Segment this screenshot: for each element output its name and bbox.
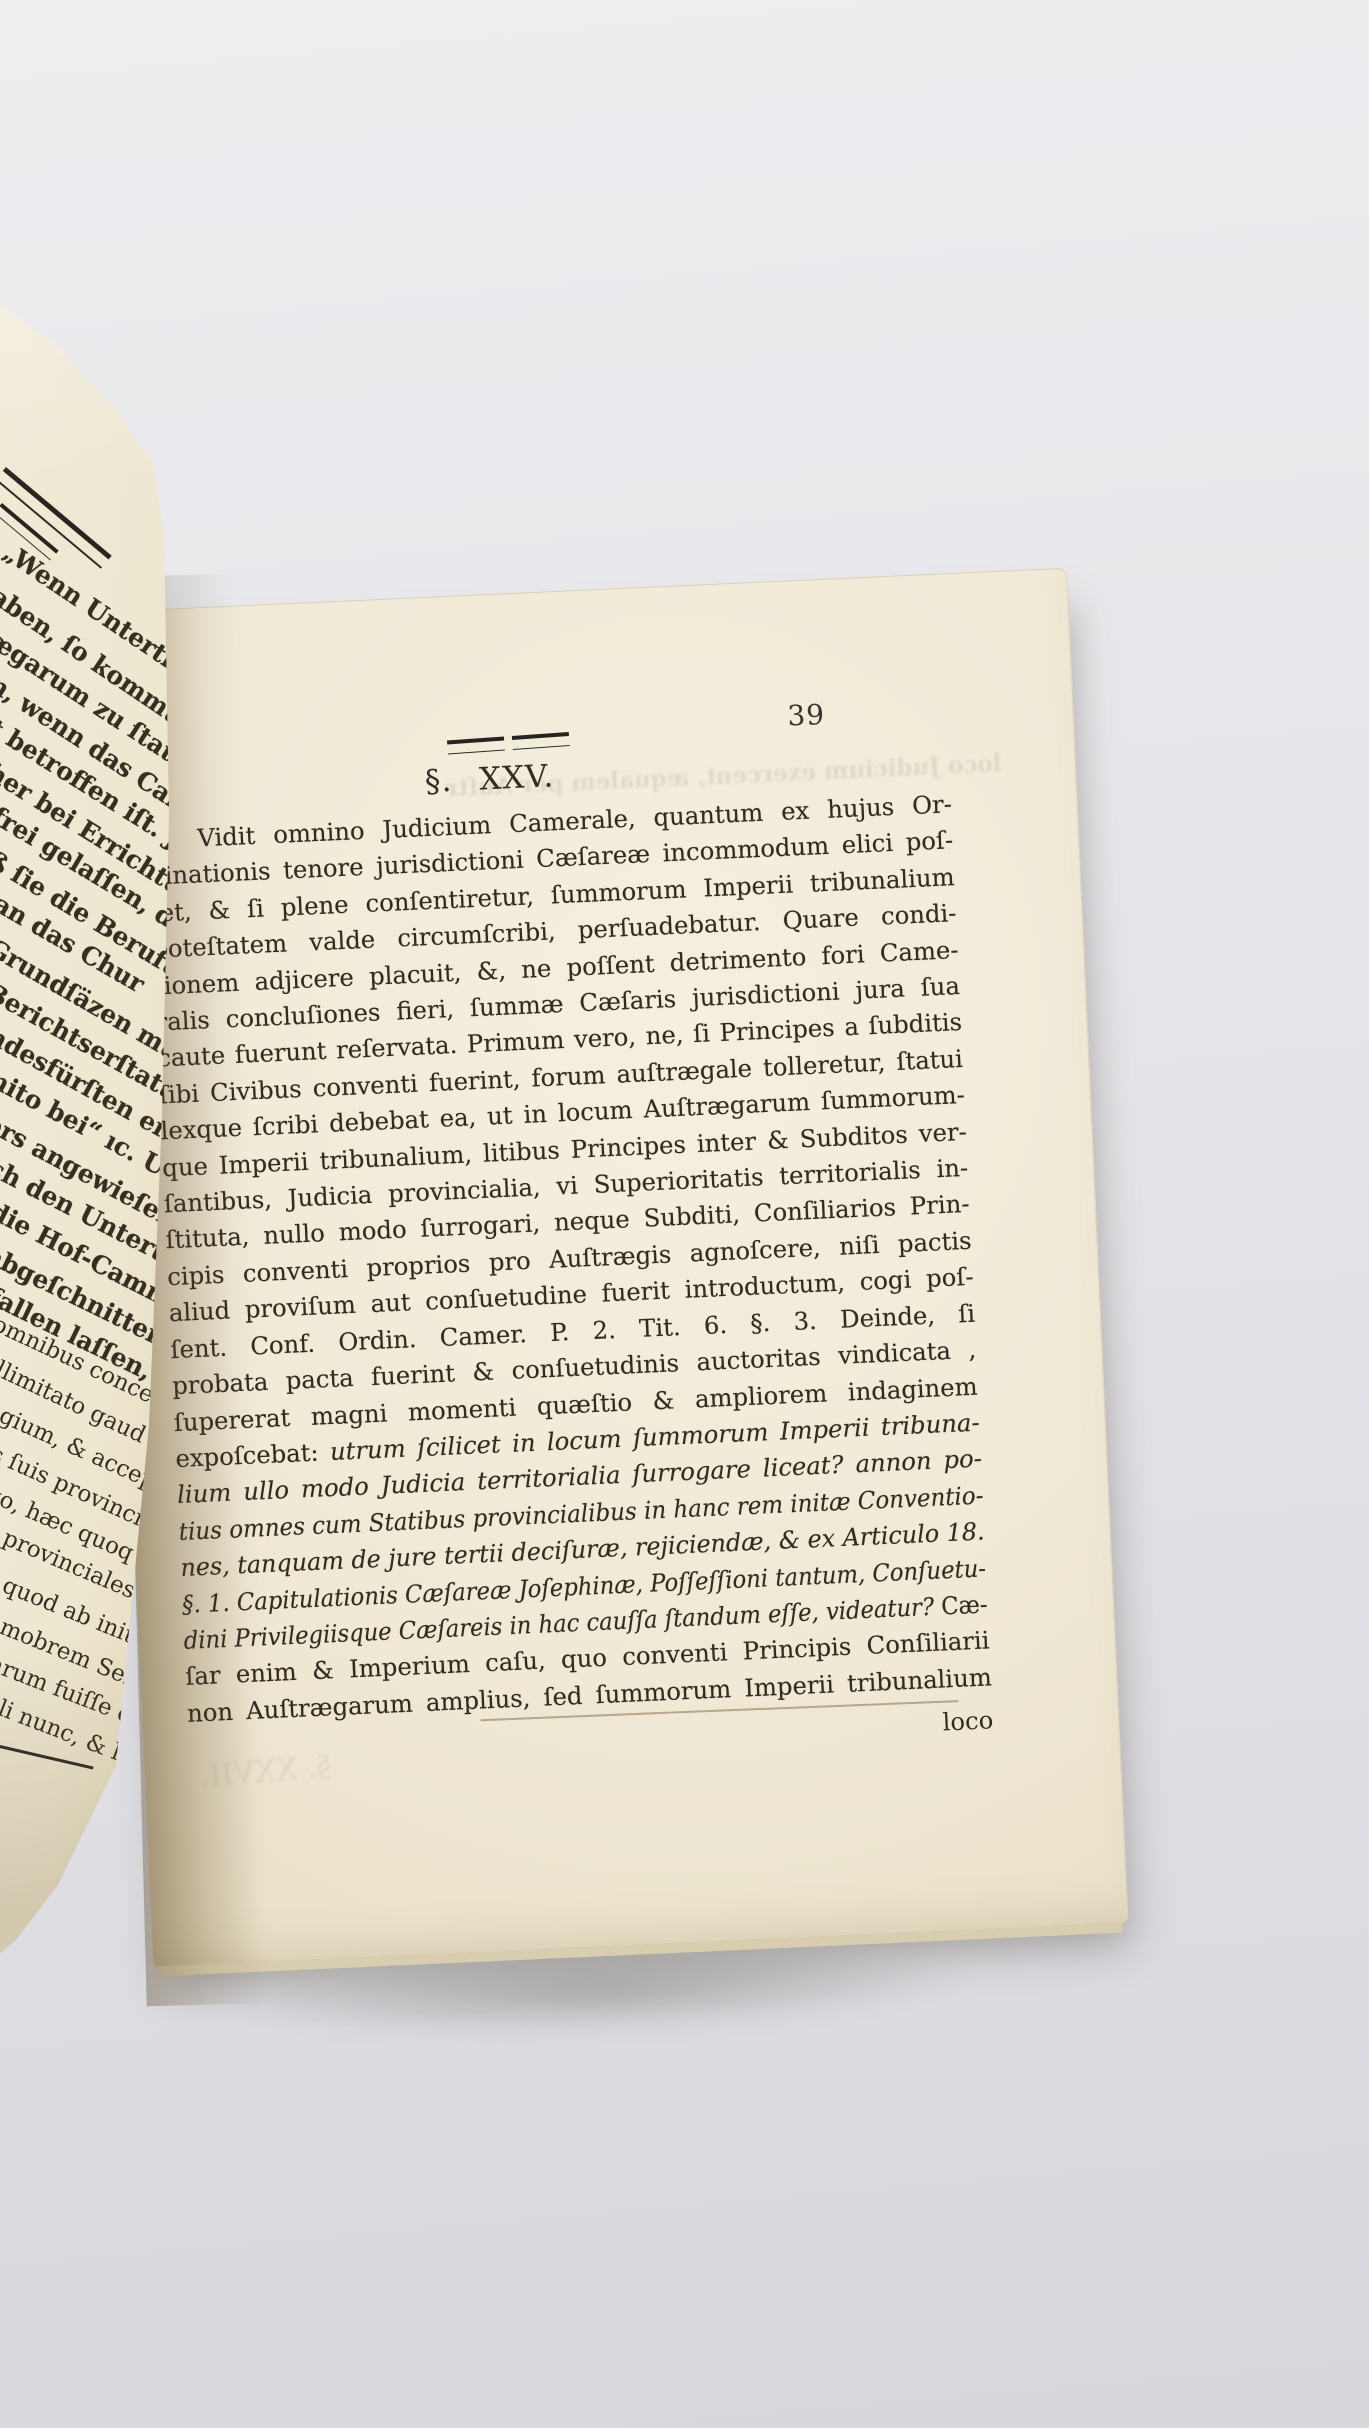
body-text: Vidit omnino Judicium Camerale, quantum … — [147, 786, 992, 1732]
left-page-fragment: an das Chur — [0, 889, 150, 999]
left-page-fragment: illimitato gaud — [0, 1353, 149, 1448]
left-page-fragment: egium, & accep — [0, 1397, 160, 1495]
left-page-fragment: provinciales — [0, 1525, 139, 1604]
left-page-rule-ornament — [0, 467, 112, 569]
section-rule-ornament — [413, 729, 604, 761]
left-page-fragment: lli nunc, & le — [0, 1693, 137, 1771]
left-page-fragment: to, hæc quoq — [0, 1483, 137, 1567]
left-page-rule-ornament — [0, 503, 59, 561]
rule-segment-icon — [447, 737, 505, 755]
page-number: 39 — [787, 698, 826, 733]
body-line-segment: Cæ- — [941, 1589, 989, 1620]
left-page-fragment: nito bei“ ıc. U — [0, 1065, 171, 1182]
rule-segment-icon — [512, 732, 570, 750]
left-page-fragment: t betroffen iſt. J — [0, 713, 186, 854]
left-page-fragment: frei gelaſſen, d — [0, 801, 179, 933]
left-page-fragment: , quod ab init — [0, 1567, 138, 1649]
left-page-fragment: omnibus conce — [0, 1311, 158, 1408]
book-photo: 39 loco Judicium exercent, æqualem per A… — [0, 0, 1369, 2428]
footnote-rule — [0, 1745, 94, 1770]
left-page-fragment: s ſuis provinci — [0, 1441, 147, 1531]
